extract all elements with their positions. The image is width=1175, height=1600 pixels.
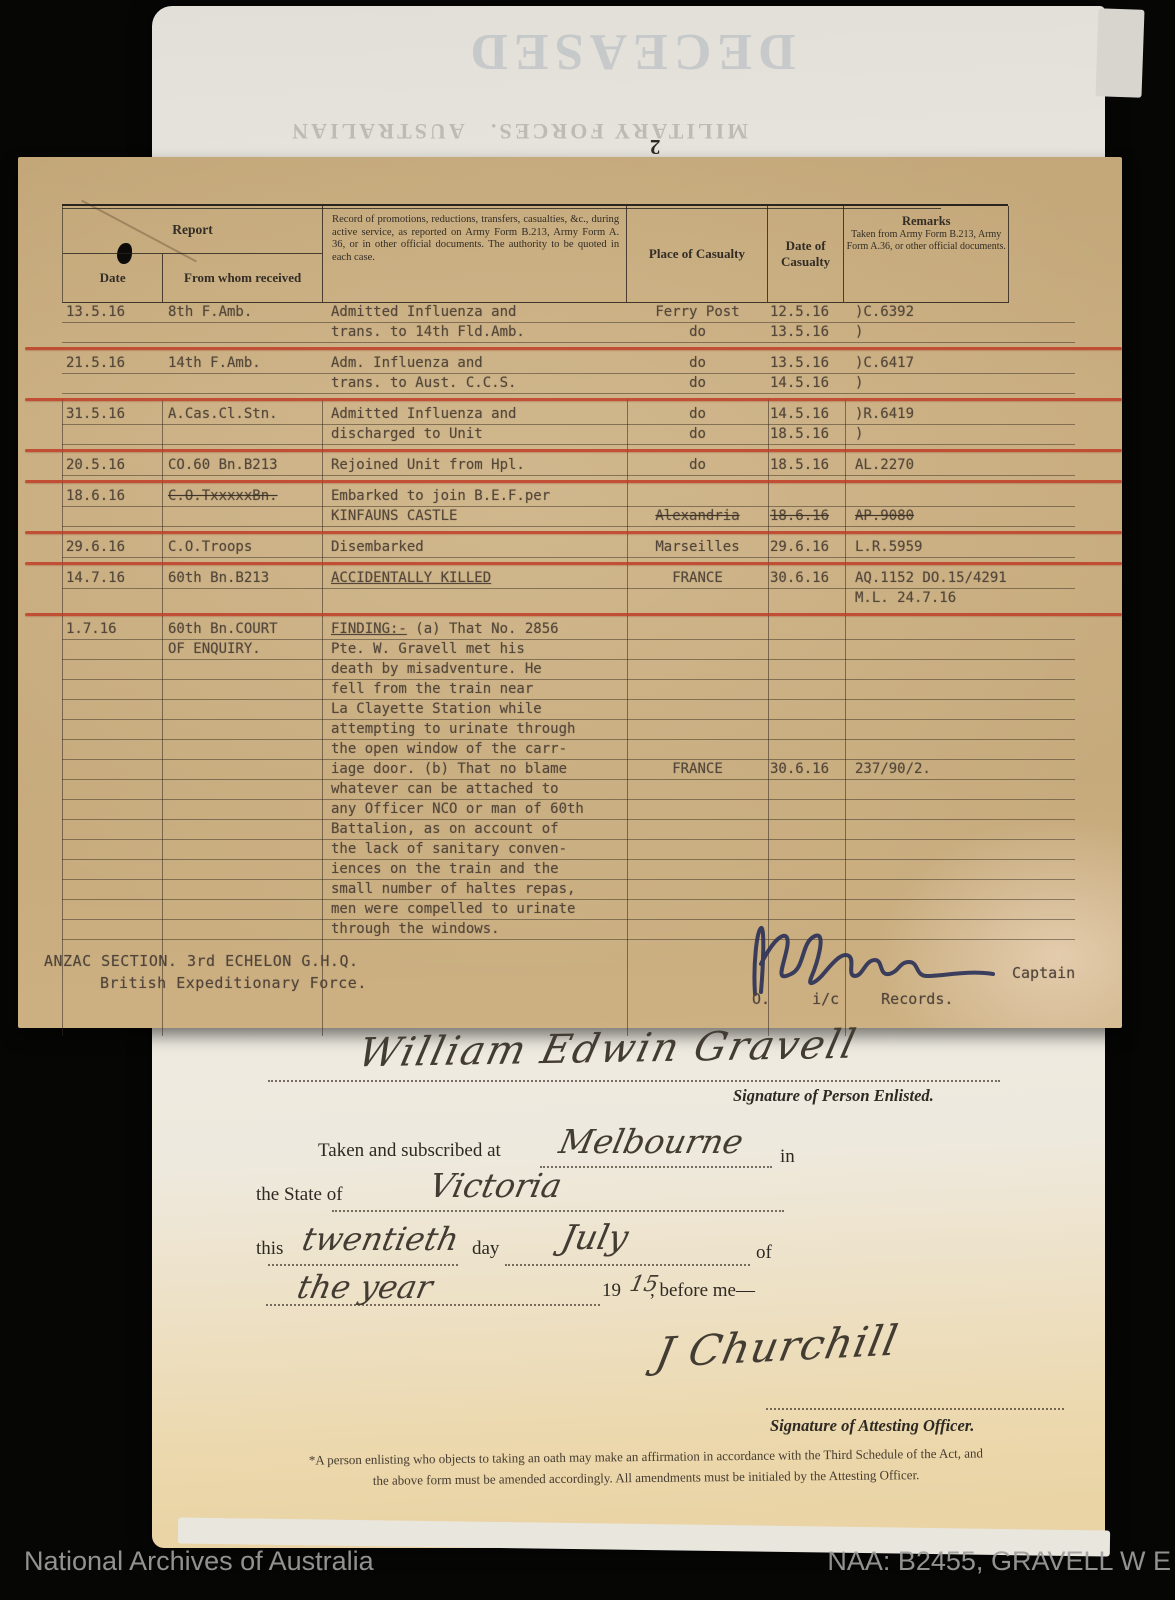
cell-date: 18.6.16 <box>62 487 162 507</box>
cell-casualty-date: 30.6.16 <box>768 569 845 589</box>
cell-record: small number of haltes repas, <box>322 880 627 900</box>
cell-place <box>627 487 768 507</box>
cell-record: iage door. (b) That no blame <box>322 760 627 780</box>
cell-place: do <box>627 374 768 394</box>
table-line: the lack of sanitary conven- <box>62 840 1075 860</box>
cell-place: do <box>627 323 768 343</box>
cell-casualty-date: 18.6.16 <box>768 507 845 527</box>
cell-record: La Clayette Station while <box>322 700 627 720</box>
fill-line <box>505 1264 750 1266</box>
cell-remark <box>845 700 1075 720</box>
cell-from <box>162 760 322 780</box>
cell-from <box>162 780 322 800</box>
cell-place: Alexandria <box>627 507 768 527</box>
cell-record: Battalion, as on account of <box>322 820 627 840</box>
header-from-whom-received: From whom received <box>163 254 322 302</box>
handwritten-state: Victoria <box>426 1166 566 1205</box>
cell-casualty-date <box>768 800 845 820</box>
cell-casualty-date <box>768 487 845 507</box>
cell-casualty-date: 14.5.16 <box>768 374 845 394</box>
signature-of-attesting-officer-caption: Signature of Attesting Officer. <box>770 1416 974 1436</box>
table-body: 13.5.168th F.Amb.Admitted Influenza andF… <box>62 303 1075 940</box>
cell-remark: )C.6417 <box>845 354 1075 374</box>
table-line: whatever can be attached to <box>62 780 1075 800</box>
cell-casualty-date <box>768 700 845 720</box>
header-report: Report <box>63 206 322 254</box>
cell-date <box>62 780 162 800</box>
table-line: 20.5.16CO.60 Bn.B213Rejoined Unit from H… <box>62 456 1075 476</box>
cell-record: Admitted Influenza and <box>322 405 627 425</box>
cell-casualty-date: 18.5.16 <box>768 456 845 476</box>
cell-place <box>627 840 768 860</box>
cell-place: do <box>627 405 768 425</box>
cell-remark: M.L. 24.7.16 <box>845 589 1075 609</box>
cell-remark <box>845 860 1075 880</box>
cell-place <box>627 880 768 900</box>
header-report-group: Report Date From whom received <box>63 206 323 302</box>
table-line: iage door. (b) That no blameFRANCE30.6.1… <box>62 760 1075 780</box>
cell-remark <box>845 720 1075 740</box>
cell-date <box>62 900 162 920</box>
cell-from: OF ENQUIRY. <box>162 640 322 660</box>
cell-remark: L.R.5959 <box>845 538 1075 558</box>
cell-from <box>162 740 322 760</box>
cell-from: C.O.TxxxxxBn. <box>162 487 322 507</box>
cell-date <box>62 323 162 343</box>
signature-line <box>766 1408 1064 1410</box>
red-separator <box>25 562 1122 565</box>
cell-from: 8th F.Amb. <box>162 303 322 323</box>
cell-record: the lack of sanitary conven- <box>322 840 627 860</box>
cell-record: trans. to Aust. C.C.S. <box>322 374 627 394</box>
bef-line: British Expeditionary Force. <box>100 974 367 992</box>
table-line: 29.6.16C.O.TroopsDisembarkedMarseilles29… <box>62 538 1075 558</box>
table-line: fell from the train near <box>62 680 1075 700</box>
cell-record: Embarked to join B.E.F.per <box>322 487 627 507</box>
table-line: La Clayette Station while <box>62 700 1075 720</box>
header-remarks-sub: Taken from Army Form B.213, Army Form A.… <box>847 229 1006 252</box>
ghost-text-deceased: DECEASED <box>430 22 830 81</box>
cell-record: iences on the train and the <box>322 860 627 880</box>
table-line: attempting to urinate through <box>62 720 1075 740</box>
document-scan: DECEASED AUSTRALIAN MILITARY FORCES. 2 R… <box>0 0 1175 1600</box>
captain-label: Captain <box>1012 964 1075 982</box>
table-line: 1.7.1660th Bn.COURTFINDING:- (a) That No… <box>62 620 1075 640</box>
header-remarks: Remarks Taken from Army Form B.213, Army… <box>844 206 1009 302</box>
column-line <box>322 399 323 1036</box>
before-me-label: , before me— <box>650 1280 755 1302</box>
cell-place: do <box>627 354 768 374</box>
cell-from: 60th Bn.COURT <box>162 620 322 640</box>
table-line: discharged to Unitdo18.5.16) <box>62 425 1075 445</box>
cell-date <box>62 760 162 780</box>
printed-19: 19 <box>602 1280 621 1302</box>
table-line: small number of haltes repas, <box>62 880 1075 900</box>
red-separator <box>25 398 1122 401</box>
cell-casualty-date <box>768 820 845 840</box>
cell-remark: )C.6392 <box>845 303 1075 323</box>
cell-place: Ferry Post <box>627 303 768 323</box>
table-line: trans. to Aust. C.C.S.do14.5.16) <box>62 374 1075 394</box>
table-line: the open window of the carr- <box>62 740 1075 760</box>
cell-date: 13.5.16 <box>62 303 162 323</box>
cell-from: 60th Bn.B213 <box>162 569 322 589</box>
cell-from: 14th F.Amb. <box>162 354 322 374</box>
header-date-of-casualty: Date of Casualty <box>768 206 845 302</box>
cell-from <box>162 680 322 700</box>
cell-casualty-date <box>768 720 845 740</box>
signature-line <box>268 1080 1000 1082</box>
table-line: men were compelled to urinate <box>62 900 1075 920</box>
fill-line <box>332 1210 784 1212</box>
red-separator <box>25 480 1122 483</box>
enlisted-person-signature: William Edwin Gravell <box>354 1022 862 1077</box>
cell-casualty-date <box>768 860 845 880</box>
table-line: iences on the train and the <box>62 860 1075 880</box>
cell-record <box>322 589 627 609</box>
cell-date: 1.7.16 <box>62 620 162 640</box>
cell-record: Rejoined Unit from Hpl. <box>322 456 627 476</box>
table-line: M.L. 24.7.16 <box>62 589 1075 609</box>
cell-place <box>627 660 768 680</box>
cell-date <box>62 374 162 394</box>
table-line: 21.5.1614th F.Amb.Adm. Influenza anddo13… <box>62 354 1075 374</box>
cell-record: Disembarked <box>322 538 627 558</box>
handwritten-place: Melbourne <box>556 1122 747 1161</box>
column-line <box>62 399 63 1036</box>
cell-record: men were compelled to urinate <box>322 900 627 920</box>
cell-from: C.O.Troops <box>162 538 322 558</box>
cell-place <box>627 780 768 800</box>
cell-place <box>627 720 768 740</box>
cell-place <box>627 900 768 920</box>
cell-remark <box>845 840 1075 860</box>
cell-date <box>62 680 162 700</box>
table-top-rule <box>62 204 1008 206</box>
table-line: trans. to 14th Fld.Amb.do13.5.16) <box>62 323 1075 343</box>
cell-record: any Officer NCO or man of 60th <box>322 800 627 820</box>
table-line: any Officer NCO or man of 60th <box>62 800 1075 820</box>
cell-casualty-date <box>768 620 845 640</box>
oic-ic: i/c <box>812 990 839 1008</box>
naa-watermark-right: NAA: B2455, GRAVELL W E <box>827 1546 1171 1577</box>
taken-and-subscribed-label: Taken and subscribed at <box>318 1140 501 1162</box>
fill-line <box>266 1304 600 1306</box>
cell-remark <box>845 660 1075 680</box>
cell-remark: AP.9080 <box>845 507 1075 527</box>
cell-date <box>62 720 162 740</box>
cell-casualty-date: 18.5.16 <box>768 425 845 445</box>
records-officer-signature <box>745 922 1013 1000</box>
cell-record: fell from the train near <box>322 680 627 700</box>
table-line: Battalion, as on account of <box>62 820 1075 840</box>
cell-date <box>62 425 162 445</box>
cell-date <box>62 507 162 527</box>
header-record: Record of promotions, reductions, transf… <box>323 206 627 302</box>
oic-records: Records. <box>881 990 953 1008</box>
table-line: 31.5.16A.Cas.Cl.Stn.Admitted Influenza a… <box>62 405 1075 425</box>
cell-casualty-date: 13.5.16 <box>768 323 845 343</box>
table-line: 18.6.16C.O.TxxxxxBn.Embarked to join B.E… <box>62 487 1075 507</box>
cell-casualty-date <box>768 900 845 920</box>
cell-date <box>62 840 162 860</box>
cell-date: 14.7.16 <box>62 569 162 589</box>
casualty-table: Report Date From whom received Record of… <box>62 204 1075 940</box>
cell-place <box>627 589 768 609</box>
cell-remark <box>845 680 1075 700</box>
column-line <box>162 399 163 1036</box>
cell-casualty-date <box>768 740 845 760</box>
cell-from <box>162 800 322 820</box>
cell-casualty-date: 13.5.16 <box>768 354 845 374</box>
cell-remark <box>845 740 1075 760</box>
cell-record: KINFAUNS CASTLE <box>322 507 627 527</box>
cell-date <box>62 740 162 760</box>
table-line: KINFAUNS CASTLEAlexandria18.6.16AP.9080 <box>62 507 1075 527</box>
cell-date <box>62 820 162 840</box>
cell-date: 20.5.16 <box>62 456 162 476</box>
cell-casualty-date: 30.6.16 <box>768 760 845 780</box>
cell-casualty-date <box>768 640 845 660</box>
cell-date <box>62 589 162 609</box>
red-separator <box>25 449 1122 452</box>
officer-in-charge-records: O.i/cRecords. <box>752 990 1112 1008</box>
fill-line <box>540 1166 772 1168</box>
column-line <box>627 399 628 1036</box>
cell-record: Pte. W. Gravell met his <box>322 640 627 660</box>
cell-remark <box>845 900 1075 920</box>
table-line: death by misadventure. He <box>62 660 1075 680</box>
cell-casualty-date <box>768 840 845 860</box>
cell-from <box>162 660 322 680</box>
cell-remark <box>845 820 1075 840</box>
cell-place: FRANCE <box>627 569 768 589</box>
cell-date <box>62 700 162 720</box>
cell-date <box>62 640 162 660</box>
cell-place <box>627 700 768 720</box>
cell-remark <box>845 487 1075 507</box>
state-of-label: the State of <box>256 1184 343 1206</box>
handwritten-day: twentieth <box>299 1220 462 1258</box>
cell-from <box>162 860 322 880</box>
cell-date <box>62 880 162 900</box>
cell-from <box>162 374 322 394</box>
cell-from <box>162 900 322 920</box>
cell-record: whatever can be attached to <box>322 780 627 800</box>
of-label: of <box>756 1242 772 1264</box>
cell-date: 21.5.16 <box>62 354 162 374</box>
cell-place <box>627 680 768 700</box>
cell-record: Admitted Influenza and <box>322 303 627 323</box>
cell-casualty-date: 29.6.16 <box>768 538 845 558</box>
affirmation-footnote: *A person enlisting who objects to takin… <box>250 1442 1042 1492</box>
cell-casualty-date <box>768 589 845 609</box>
cell-date <box>62 920 162 940</box>
cell-from <box>162 425 322 445</box>
red-separator <box>25 531 1122 534</box>
cell-remark: ) <box>845 374 1075 394</box>
header-remarks-title: Remarks <box>902 214 951 228</box>
oic-o: O. <box>752 990 770 1008</box>
cell-from <box>162 323 322 343</box>
page-number: 2 <box>650 134 661 159</box>
cell-date <box>62 660 162 680</box>
naa-watermark-left: National Archives of Australia <box>24 1546 374 1577</box>
cell-casualty-date <box>768 660 845 680</box>
this-label: this <box>256 1238 283 1260</box>
in-label: in <box>780 1146 795 1168</box>
handwritten-month: July <box>558 1218 632 1258</box>
cell-remark <box>845 800 1075 820</box>
cell-from <box>162 700 322 720</box>
paper-edge-sliver <box>1095 8 1144 98</box>
cell-record: attempting to urinate through <box>322 720 627 740</box>
cell-remark: )R.6419 <box>845 405 1075 425</box>
cell-remark: AQ.1152 DO.15/4291 <box>845 569 1075 589</box>
anzac-section-line: ANZAC SECTION. 3rd ECHELON G.H.Q. <box>44 952 359 970</box>
day-label: day <box>472 1238 499 1260</box>
cell-date <box>62 860 162 880</box>
cell-casualty-date <box>768 780 845 800</box>
cell-place <box>627 800 768 820</box>
cell-from <box>162 589 322 609</box>
header-date: Date <box>63 254 163 302</box>
cell-record: trans. to 14th Fld.Amb. <box>322 323 627 343</box>
cell-place: FRANCE <box>627 760 768 780</box>
cell-place: do <box>627 425 768 445</box>
cell-casualty-date <box>768 680 845 700</box>
cell-remark: 237/90/2. <box>845 760 1075 780</box>
cell-place <box>627 620 768 640</box>
signature-of-person-enlisted-caption: Signature of Person Enlisted. <box>733 1086 934 1106</box>
cell-record: death by misadventure. He <box>322 660 627 680</box>
cell-from <box>162 507 322 527</box>
cell-place <box>627 640 768 660</box>
cell-from: CO.60 Bn.B213 <box>162 456 322 476</box>
cell-record: through the windows. <box>322 920 627 940</box>
cell-remark <box>845 620 1075 640</box>
cell-record: ACCIDENTALLY KILLED <box>322 569 627 589</box>
cell-place: Marseilles <box>627 538 768 558</box>
ghost-text-australian: AUSTRALIAN <box>282 118 472 144</box>
cell-record: discharged to Unit <box>322 425 627 445</box>
cell-record: FINDING:- (a) That No. 2856 <box>322 620 627 640</box>
red-separator <box>25 347 1122 350</box>
cell-remark <box>845 640 1075 660</box>
ghost-text-military-forces: MILITARY FORCES. <box>478 118 758 144</box>
table-line: 14.7.1660th Bn.B213ACCIDENTALLY KILLEDFR… <box>62 569 1075 589</box>
handwritten-the-year: the year <box>294 1268 436 1306</box>
cell-date: 31.5.16 <box>62 405 162 425</box>
cell-remark: ) <box>845 425 1075 445</box>
red-separator <box>25 613 1122 616</box>
cell-remark: ) <box>845 323 1075 343</box>
fill-line <box>268 1264 458 1266</box>
cell-record: the open window of the carr- <box>322 740 627 760</box>
table-line: OF ENQUIRY.Pte. W. Gravell met his <box>62 640 1075 660</box>
cell-casualty-date: 14.5.16 <box>768 405 845 425</box>
cell-from <box>162 880 322 900</box>
table-line: 13.5.168th F.Amb.Admitted Influenza andF… <box>62 303 1075 323</box>
cell-from <box>162 720 322 740</box>
cell-place <box>627 860 768 880</box>
cell-remark <box>845 780 1075 800</box>
cell-date: 29.6.16 <box>62 538 162 558</box>
cell-place <box>627 740 768 760</box>
cell-casualty-date: 12.5.16 <box>768 303 845 323</box>
cell-from <box>162 920 322 940</box>
cell-from: A.Cas.Cl.Stn. <box>162 405 322 425</box>
cell-remark <box>845 880 1075 900</box>
cell-place: do <box>627 456 768 476</box>
cell-from <box>162 840 322 860</box>
cell-remark: AL.2270 <box>845 456 1075 476</box>
table-header: Report Date From whom received Record of… <box>62 206 1009 303</box>
cell-date <box>62 800 162 820</box>
header-place-of-casualty: Place of Casualty <box>627 206 768 302</box>
cell-casualty-date <box>768 880 845 900</box>
cell-from <box>162 820 322 840</box>
cell-record: Adm. Influenza and <box>322 354 627 374</box>
cell-place <box>627 820 768 840</box>
